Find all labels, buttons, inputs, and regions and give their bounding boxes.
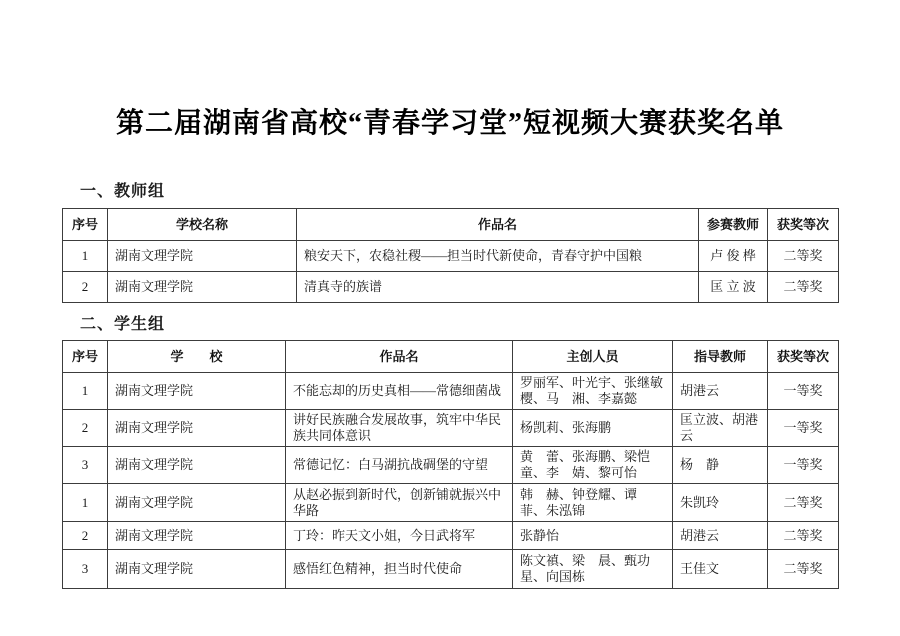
- header-cell: 序号: [63, 341, 108, 373]
- table-row: 3湖南文理学院感悟红色精神，担当时代使命陈文禛、梁 晨、甄功星、向国栋王佳文二等…: [63, 550, 839, 589]
- table-cell: 湖南文理学院: [108, 410, 286, 447]
- header-cell: 作品名: [297, 209, 699, 241]
- table-cell: 一等奖: [768, 410, 839, 447]
- table-row: 1湖南文理学院粮安天下，农稳社稷——担当时代新使命，青春守护中国粮卢 俊 桦二等…: [63, 241, 839, 272]
- student-group-table: 序号学 校作品名主创人员指导教师获奖等次1湖南文理学院不能忘却的历史真相——常德…: [62, 340, 839, 589]
- page-title: 第二届湖南省高校“青春学习堂”短视频大赛获奖名单: [0, 101, 900, 141]
- table-cell: 二等奖: [768, 241, 839, 272]
- table-cell: 陈文禛、梁 晨、甄功星、向国栋: [513, 550, 673, 589]
- header-cell: 获奖等次: [768, 209, 839, 241]
- header-cell: 学校名称: [108, 209, 297, 241]
- document-page: 第二届湖南省高校“青春学习堂”短视频大赛获奖名单 一、教师组 序号学校名称作品名…: [0, 0, 900, 636]
- document-content: 一、教师组 序号学校名称作品名参赛教师获奖等次1湖南文理学院粮安天下，农稳社稷—…: [62, 178, 838, 589]
- table-cell: 粮安天下，农稳社稷——担当时代新使命，青春守护中国粮: [297, 241, 699, 272]
- table-cell: 1: [63, 373, 108, 410]
- table-cell: 湖南文理学院: [108, 550, 286, 589]
- table-cell: 杨 静: [673, 447, 768, 484]
- table-cell: 王佳文: [673, 550, 768, 589]
- header-cell: 指导教师: [673, 341, 768, 373]
- table-cell: 张静怡: [513, 522, 673, 550]
- table-cell: 一等奖: [768, 373, 839, 410]
- table-cell: 二等奖: [768, 484, 839, 522]
- table-cell: 胡港云: [673, 373, 768, 410]
- table-cell: 从赵必振到新时代，创新铺就振兴中华路: [286, 484, 513, 522]
- table-cell: 3: [63, 550, 108, 589]
- table-cell: 湖南文理学院: [108, 447, 286, 484]
- header-cell: 作品名: [286, 341, 513, 373]
- header-cell: 获奖等次: [768, 341, 839, 373]
- table-cell: 不能忘却的历史真相——常德细菌战: [286, 373, 513, 410]
- table-cell: 丁玲：昨天文小姐，今日武将军: [286, 522, 513, 550]
- table-cell: 讲好民族融合发展故事，筑牢中华民族共同体意识: [286, 410, 513, 447]
- section-heading-student-group: 二、学生组: [62, 311, 838, 334]
- table-cell: 清真寺的族谱: [297, 272, 699, 303]
- table-cell: 卢 俊 桦: [699, 241, 768, 272]
- table-row: 3湖南文理学院常德记忆：白马湖抗战碉堡的守望黄 蕾、张海鹏、梁恺童、李 婧、黎可…: [63, 447, 839, 484]
- table-cell: 湖南文理学院: [108, 522, 286, 550]
- table-row: 2湖南文理学院清真寺的族谱匡 立 波二等奖: [63, 272, 839, 303]
- table-cell: 二等奖: [768, 272, 839, 303]
- table-cell: 2: [63, 522, 108, 550]
- table-cell: 湖南文理学院: [108, 272, 297, 303]
- table-cell: 3: [63, 447, 108, 484]
- table-row: 2湖南文理学院丁玲：昨天文小姐，今日武将军张静怡胡港云二等奖: [63, 522, 839, 550]
- header-row: 序号学 校作品名主创人员指导教师获奖等次: [63, 341, 839, 373]
- table-row: 1湖南文理学院不能忘却的历史真相——常德细菌战罗丽军、叶光宇、张继敏樱、马 湘、…: [63, 373, 839, 410]
- table-cell: 二等奖: [768, 550, 839, 589]
- table-cell: 2: [63, 410, 108, 447]
- table-cell: 感悟红色精神，担当时代使命: [286, 550, 513, 589]
- table-cell: 1: [63, 241, 108, 272]
- table-row: 2湖南文理学院讲好民族融合发展故事，筑牢中华民族共同体意识杨凯莉、张海鹏匡立波、…: [63, 410, 839, 447]
- header-cell: 序号: [63, 209, 108, 241]
- table-cell: 二等奖: [768, 522, 839, 550]
- table-cell: 黄 蕾、张海鹏、梁恺童、李 婧、黎可怡: [513, 447, 673, 484]
- header-cell: 主创人员: [513, 341, 673, 373]
- table-cell: 胡港云: [673, 522, 768, 550]
- table-cell: 2: [63, 272, 108, 303]
- table-cell: 湖南文理学院: [108, 241, 297, 272]
- table-cell: 1: [63, 484, 108, 522]
- table-cell: 常德记忆：白马湖抗战碉堡的守望: [286, 447, 513, 484]
- table-cell: 匡立波、胡港云: [673, 410, 768, 447]
- table-cell: 罗丽军、叶光宇、张继敏樱、马 湘、李嘉懿: [513, 373, 673, 410]
- table-cell: 一等奖: [768, 447, 839, 484]
- table-row: 1湖南文理学院从赵必振到新时代，创新铺就振兴中华路韩 赫、钟登耀、谭 菲、朱泓锦…: [63, 484, 839, 522]
- section-heading-teacher-group: 一、教师组: [62, 178, 838, 201]
- table-cell: 杨凯莉、张海鹏: [513, 410, 673, 447]
- header-row: 序号学校名称作品名参赛教师获奖等次: [63, 209, 839, 241]
- header-cell: 参赛教师: [699, 209, 768, 241]
- table-cell: 朱凯玲: [673, 484, 768, 522]
- teacher-group-table: 序号学校名称作品名参赛教师获奖等次1湖南文理学院粮安天下，农稳社稷——担当时代新…: [62, 208, 839, 303]
- table-cell: 湖南文理学院: [108, 373, 286, 410]
- header-cell: 学 校: [108, 341, 286, 373]
- table-cell: 湖南文理学院: [108, 484, 286, 522]
- table-cell: 匡 立 波: [699, 272, 768, 303]
- table-cell: 韩 赫、钟登耀、谭 菲、朱泓锦: [513, 484, 673, 522]
